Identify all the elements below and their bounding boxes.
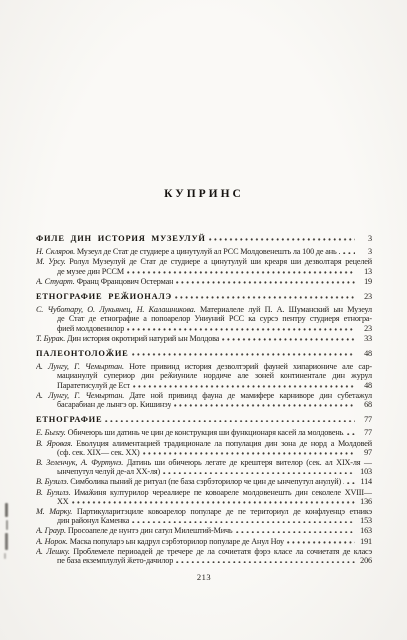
toc-entry: В. Зеленчук, А. Фуртунэ. Датинь ши обиче… bbox=[36, 458, 372, 476]
entry-text: А. Стуарт. Франц Францович Остерман bbox=[36, 277, 173, 286]
dot-leader bbox=[347, 482, 355, 485]
entry-line: фией молдовенилор23 bbox=[36, 324, 372, 333]
dot-leader bbox=[222, 338, 355, 341]
entry-line: (сф. сек. XIX— сек. XX)97 bbox=[36, 448, 372, 457]
toc-entry: А. Стуарт. Франц Францович Остерман19 bbox=[36, 277, 372, 286]
entry-text: XX bbox=[57, 497, 69, 506]
entry-line: С. Чуботару, О. Лукьянец, Н. Калашникова… bbox=[36, 305, 372, 314]
entry-line: В. Бузилэ. Имаӂиня културилор череалиере… bbox=[36, 488, 372, 497]
toc-entry: Е. Бызгу. Обичеюрь ши датинь че цин де к… bbox=[36, 428, 372, 437]
page-title: КУПРИНС bbox=[36, 188, 372, 200]
table-of-contents: ФИЛЕ ДИН ИСТОРИЯ МУЗЕУЛУЙ3Н. Скляров. Му… bbox=[36, 234, 372, 565]
dot-leader bbox=[209, 238, 355, 241]
toc-entry: В. Бузилэ. Имаӂиня културилор череалиере… bbox=[36, 488, 372, 506]
page-number: 153 bbox=[357, 516, 372, 525]
dot-leader bbox=[143, 452, 355, 455]
page-number: 77 bbox=[357, 415, 372, 424]
entry-author: В. Зеленчук, А. Фуртунэ. bbox=[36, 458, 127, 467]
scan-smudge bbox=[4, 553, 6, 559]
entry-line: Н. Скляров. Музеул де Стат де студиере а… bbox=[36, 247, 372, 256]
entry-text: басарабиан де лынгэ ор. Кишинэу bbox=[57, 400, 171, 409]
entry-text: Е. Бызгу. Обичеюрь ши датинь че цин де к… bbox=[36, 428, 344, 437]
dot-leader bbox=[132, 353, 355, 356]
toc-entry: А. Граур. Просоапеле де нунтэ дин сатул … bbox=[36, 526, 372, 535]
entry-author: А. Стуарт. bbox=[36, 277, 77, 286]
entry-text: М. Урсу. Ролул Музеулуй де Стат де студи… bbox=[36, 257, 372, 266]
entry-author: Е. Бызгу. bbox=[36, 428, 68, 437]
toc-entry: Н. Скляров. Музеул де Стат де студиере а… bbox=[36, 247, 372, 256]
entry-line: В. Яровая. Еволуция алиментацией традици… bbox=[36, 439, 372, 448]
entry-text: А. Лунгу, Г. Чемыртан. Дате ной привинд … bbox=[36, 391, 372, 400]
dot-leader bbox=[163, 472, 355, 475]
entry-text: С. Чуботару, О. Лукьянец, Н. Калашникова… bbox=[36, 305, 372, 314]
dot-leader bbox=[176, 561, 355, 564]
toc-entry: Т. Бурак. Дин история окротирий натурий … bbox=[36, 334, 372, 343]
entry-text: В. Зеленчук, А. Фуртунэ. Датинь ши обиче… bbox=[36, 458, 372, 467]
entry-author: А. Лунгу, Г. Чемыртан. bbox=[36, 391, 130, 400]
entry-author: А. Лунгу, Г. Чемыртан. bbox=[36, 362, 129, 371]
toc-entry: В. Бузилэ. Симболика пыний де ритуал (пе… bbox=[36, 477, 372, 486]
entry-line: М. Урсу. Ролул Музеулуй де Стат де студи… bbox=[36, 257, 372, 266]
entry-line: басарабиан де лынгэ ор. Кишинэу68 bbox=[36, 400, 372, 409]
dot-leader bbox=[176, 281, 355, 284]
entry-line: де Стат де етнографие а попоарелор Униун… bbox=[36, 314, 372, 323]
toc-section: ПАЛЕОНТОЛОӁИЕ48А. Лунгу, Г. Чемыртан. Но… bbox=[36, 349, 372, 409]
entry-line: В. Бузилэ. Симболика пыний де ритуал (пе… bbox=[36, 477, 372, 486]
entry-line: М. Марку. Партикуларитэциле ковоарелор п… bbox=[36, 507, 372, 516]
entry-text: В. Яровая. Еволуция алиментацией традици… bbox=[36, 439, 372, 448]
page-number: 48 bbox=[357, 381, 372, 390]
entry-text: мацианулуй супериор дин реӂиуниле нордич… bbox=[57, 371, 372, 380]
page-number: 33 bbox=[357, 334, 372, 343]
dot-leader bbox=[343, 252, 355, 255]
entry-author: В. Бузилэ. bbox=[36, 477, 70, 486]
scan-smudge bbox=[6, 520, 8, 530]
entry-author: Н. Скляров. bbox=[36, 247, 77, 256]
section-heading: ФИЛЕ ДИН ИСТОРИЯ МУЗЕУЛУЙ3 bbox=[36, 234, 372, 243]
entry-line: А. Граур. Просоапеле де нунтэ дин сатул … bbox=[36, 526, 372, 535]
heading-label: ФИЛЕ ДИН ИСТОРИЯ МУЗЕУЛУЙ bbox=[36, 234, 206, 243]
entry-author: А. Граур. bbox=[36, 526, 68, 535]
entry-line: А. Лунгу, Г. Чемыртан. Ноте привинд исто… bbox=[36, 362, 372, 371]
entry-text: Т. Бурак. Дин история окротирий натурий … bbox=[36, 334, 219, 343]
scanned-book-page: КУПРИНС ФИЛЕ ДИН ИСТОРИЯ МУЗЕУЛУЙ3Н. Скл… bbox=[0, 0, 407, 640]
entry-author: А. Лешку. bbox=[36, 547, 73, 556]
entry-text: М. Марку. Партикуларитэциле ковоарелор п… bbox=[36, 507, 372, 516]
toc-section: ФИЛЕ ДИН ИСТОРИЯ МУЗЕУЛУЙ3Н. Скляров. Му… bbox=[36, 234, 372, 286]
page-number: 19 bbox=[357, 277, 372, 286]
heading-label: ЕТНОГРАФИЕ РЕӁИОНАЛЭ bbox=[36, 292, 172, 301]
entry-line: XX136 bbox=[36, 497, 372, 506]
heading-label: ПАЛЕОНТОЛОӁИЕ bbox=[36, 349, 129, 358]
section-heading: ПАЛЕОНТОЛОӁИЕ48 bbox=[36, 349, 372, 358]
page-number: 97 bbox=[357, 448, 372, 457]
entry-author: Т. Бурак. bbox=[36, 334, 67, 343]
toc-entry: А. Норок. Маска популарэ ын кадрул сэрбэ… bbox=[36, 537, 372, 546]
entry-text: де Стат де етнографие а попоарелор Униун… bbox=[57, 314, 372, 323]
entry-text: В. Бузилэ. Симболика пыний де ритуал (пе… bbox=[36, 477, 344, 486]
toc-entry: С. Чуботару, О. Лукьянец, Н. Калашникова… bbox=[36, 305, 372, 333]
entry-text: В. Бузилэ. Имаӂиня културилор череалиере… bbox=[36, 488, 372, 497]
dot-leader bbox=[133, 385, 355, 388]
page-number: 191 bbox=[357, 537, 372, 546]
page-number: 206 bbox=[357, 556, 372, 565]
entry-text: (сф. сек. XIX— сек. XX) bbox=[57, 448, 140, 457]
page-number: 3 bbox=[357, 234, 372, 243]
entry-line: А. Лунгу, Г. Чемыртан. Дате ной привинд … bbox=[36, 391, 372, 400]
entry-line: мацианулуй супериор дин реӂиуниле нордич… bbox=[36, 371, 372, 380]
dot-leader bbox=[287, 541, 355, 544]
entry-text: Н. Скляров. Музеул де Стат де студиере а… bbox=[36, 247, 340, 256]
entry-line: А. Стуарт. Франц Францович Остерман19 bbox=[36, 277, 372, 286]
entry-text: пе база екземплулуй ӂето-дачилор bbox=[57, 556, 173, 565]
entry-text: Паратетисулуй де Ест bbox=[57, 381, 130, 390]
entry-text: ынчепутул челуй де-ал XX-ля) bbox=[57, 467, 160, 476]
dot-leader bbox=[175, 296, 355, 299]
entry-text: дин районул Каменка bbox=[57, 516, 129, 525]
entry-line: Е. Бызгу. Обичеюрь ши датинь че цин де к… bbox=[36, 428, 372, 437]
entry-text: А. Лунгу, Г. Чемыртан. Ноте привинд исто… bbox=[36, 362, 372, 371]
entry-text: де музее дин РССМ bbox=[57, 267, 124, 276]
page-number: 23 bbox=[357, 292, 372, 301]
entry-line: ынчепутул челуй де-ал XX-ля)103 bbox=[36, 467, 372, 476]
dot-leader bbox=[347, 433, 355, 436]
entry-line: де музее дин РССМ13 bbox=[36, 267, 372, 276]
page-number: 163 bbox=[357, 526, 372, 535]
entry-author: В. Бузилэ. bbox=[36, 488, 74, 497]
page-number: 13 bbox=[357, 267, 372, 276]
entry-line: В. Зеленчук, А. Фуртунэ. Датинь ши обиче… bbox=[36, 458, 372, 467]
entry-text: фией молдовенилор bbox=[57, 324, 124, 333]
scan-smudge bbox=[5, 533, 8, 550]
page-number: 68 bbox=[357, 400, 372, 409]
entry-author: А. Норок. bbox=[36, 537, 70, 546]
entry-author: В. Яровая. bbox=[36, 439, 76, 448]
entry-author: М. Урсу. bbox=[36, 257, 69, 266]
toc-section: ЕТНОГРАФИЕ РЕӁИОНАЛЭ23С. Чуботару, О. Лу… bbox=[36, 292, 372, 343]
page-number: 77 bbox=[357, 428, 372, 437]
toc-entry: А. Лунгу, Г. Чемыртан. Ноте привинд исто… bbox=[36, 362, 372, 390]
dot-leader bbox=[174, 404, 355, 407]
folio-page-number: 213 bbox=[36, 572, 372, 582]
entry-line: А. Лешку. Проблемеле периоадей де тречер… bbox=[36, 547, 372, 556]
entry-text: А. Граур. Просоапеле де нунтэ дин сатул … bbox=[36, 526, 233, 535]
entry-line: Т. Бурак. Дин история окротирий натурий … bbox=[36, 334, 372, 343]
dot-leader bbox=[105, 420, 355, 423]
entry-line: дин районул Каменка153 bbox=[36, 516, 372, 525]
dot-leader bbox=[132, 521, 355, 524]
entry-line: пе база екземплулуй ӂето-дачилор206 bbox=[36, 556, 372, 565]
entry-text: А. Норок. Маска популарэ ын кадрул сэрбэ… bbox=[36, 537, 284, 546]
dot-leader bbox=[236, 531, 356, 534]
entry-line: А. Норок. Маска популарэ ын кадрул сэрбэ… bbox=[36, 537, 372, 546]
page-number: 114 bbox=[357, 477, 372, 486]
entry-author: С. Чуботару, О. Лукьянец, Н. Калашникова… bbox=[36, 305, 200, 314]
page-number: 103 bbox=[357, 467, 372, 476]
section-heading: ЕТНОГРАФИЕ РЕӁИОНАЛЭ23 bbox=[36, 292, 372, 301]
page-number: 48 bbox=[357, 349, 372, 358]
dot-leader bbox=[72, 501, 355, 504]
scan-smudge bbox=[5, 503, 8, 517]
toc-entry: М. Марку. Партикуларитэциле ковоарелор п… bbox=[36, 507, 372, 525]
entry-text: А. Лешку. Проблемеле периоадей де тречер… bbox=[36, 547, 372, 556]
entry-author: М. Марку. bbox=[36, 507, 77, 516]
toc-entry: А. Лешку. Проблемеле периоадей де тречер… bbox=[36, 547, 372, 565]
toc-section: ЕТНОГРАФИЕ77Е. Бызгу. Обичеюрь ши датинь… bbox=[36, 415, 372, 565]
section-heading: ЕТНОГРАФИЕ77 bbox=[36, 415, 372, 424]
page-number: 136 bbox=[357, 497, 372, 506]
page-number: 23 bbox=[357, 324, 372, 333]
toc-entry: В. Яровая. Еволуция алиментацией традици… bbox=[36, 439, 372, 457]
toc-entry: А. Лунгу, Г. Чемыртан. Дате ной привинд … bbox=[36, 391, 372, 409]
dot-leader bbox=[127, 271, 355, 274]
page-number: 3 bbox=[357, 247, 372, 256]
dot-leader bbox=[127, 328, 355, 331]
entry-line: Паратетисулуй де Ест48 bbox=[36, 381, 372, 390]
toc-entry: М. Урсу. Ролул Музеулуй де Стат де студи… bbox=[36, 257, 372, 275]
heading-label: ЕТНОГРАФИЕ bbox=[36, 415, 102, 424]
